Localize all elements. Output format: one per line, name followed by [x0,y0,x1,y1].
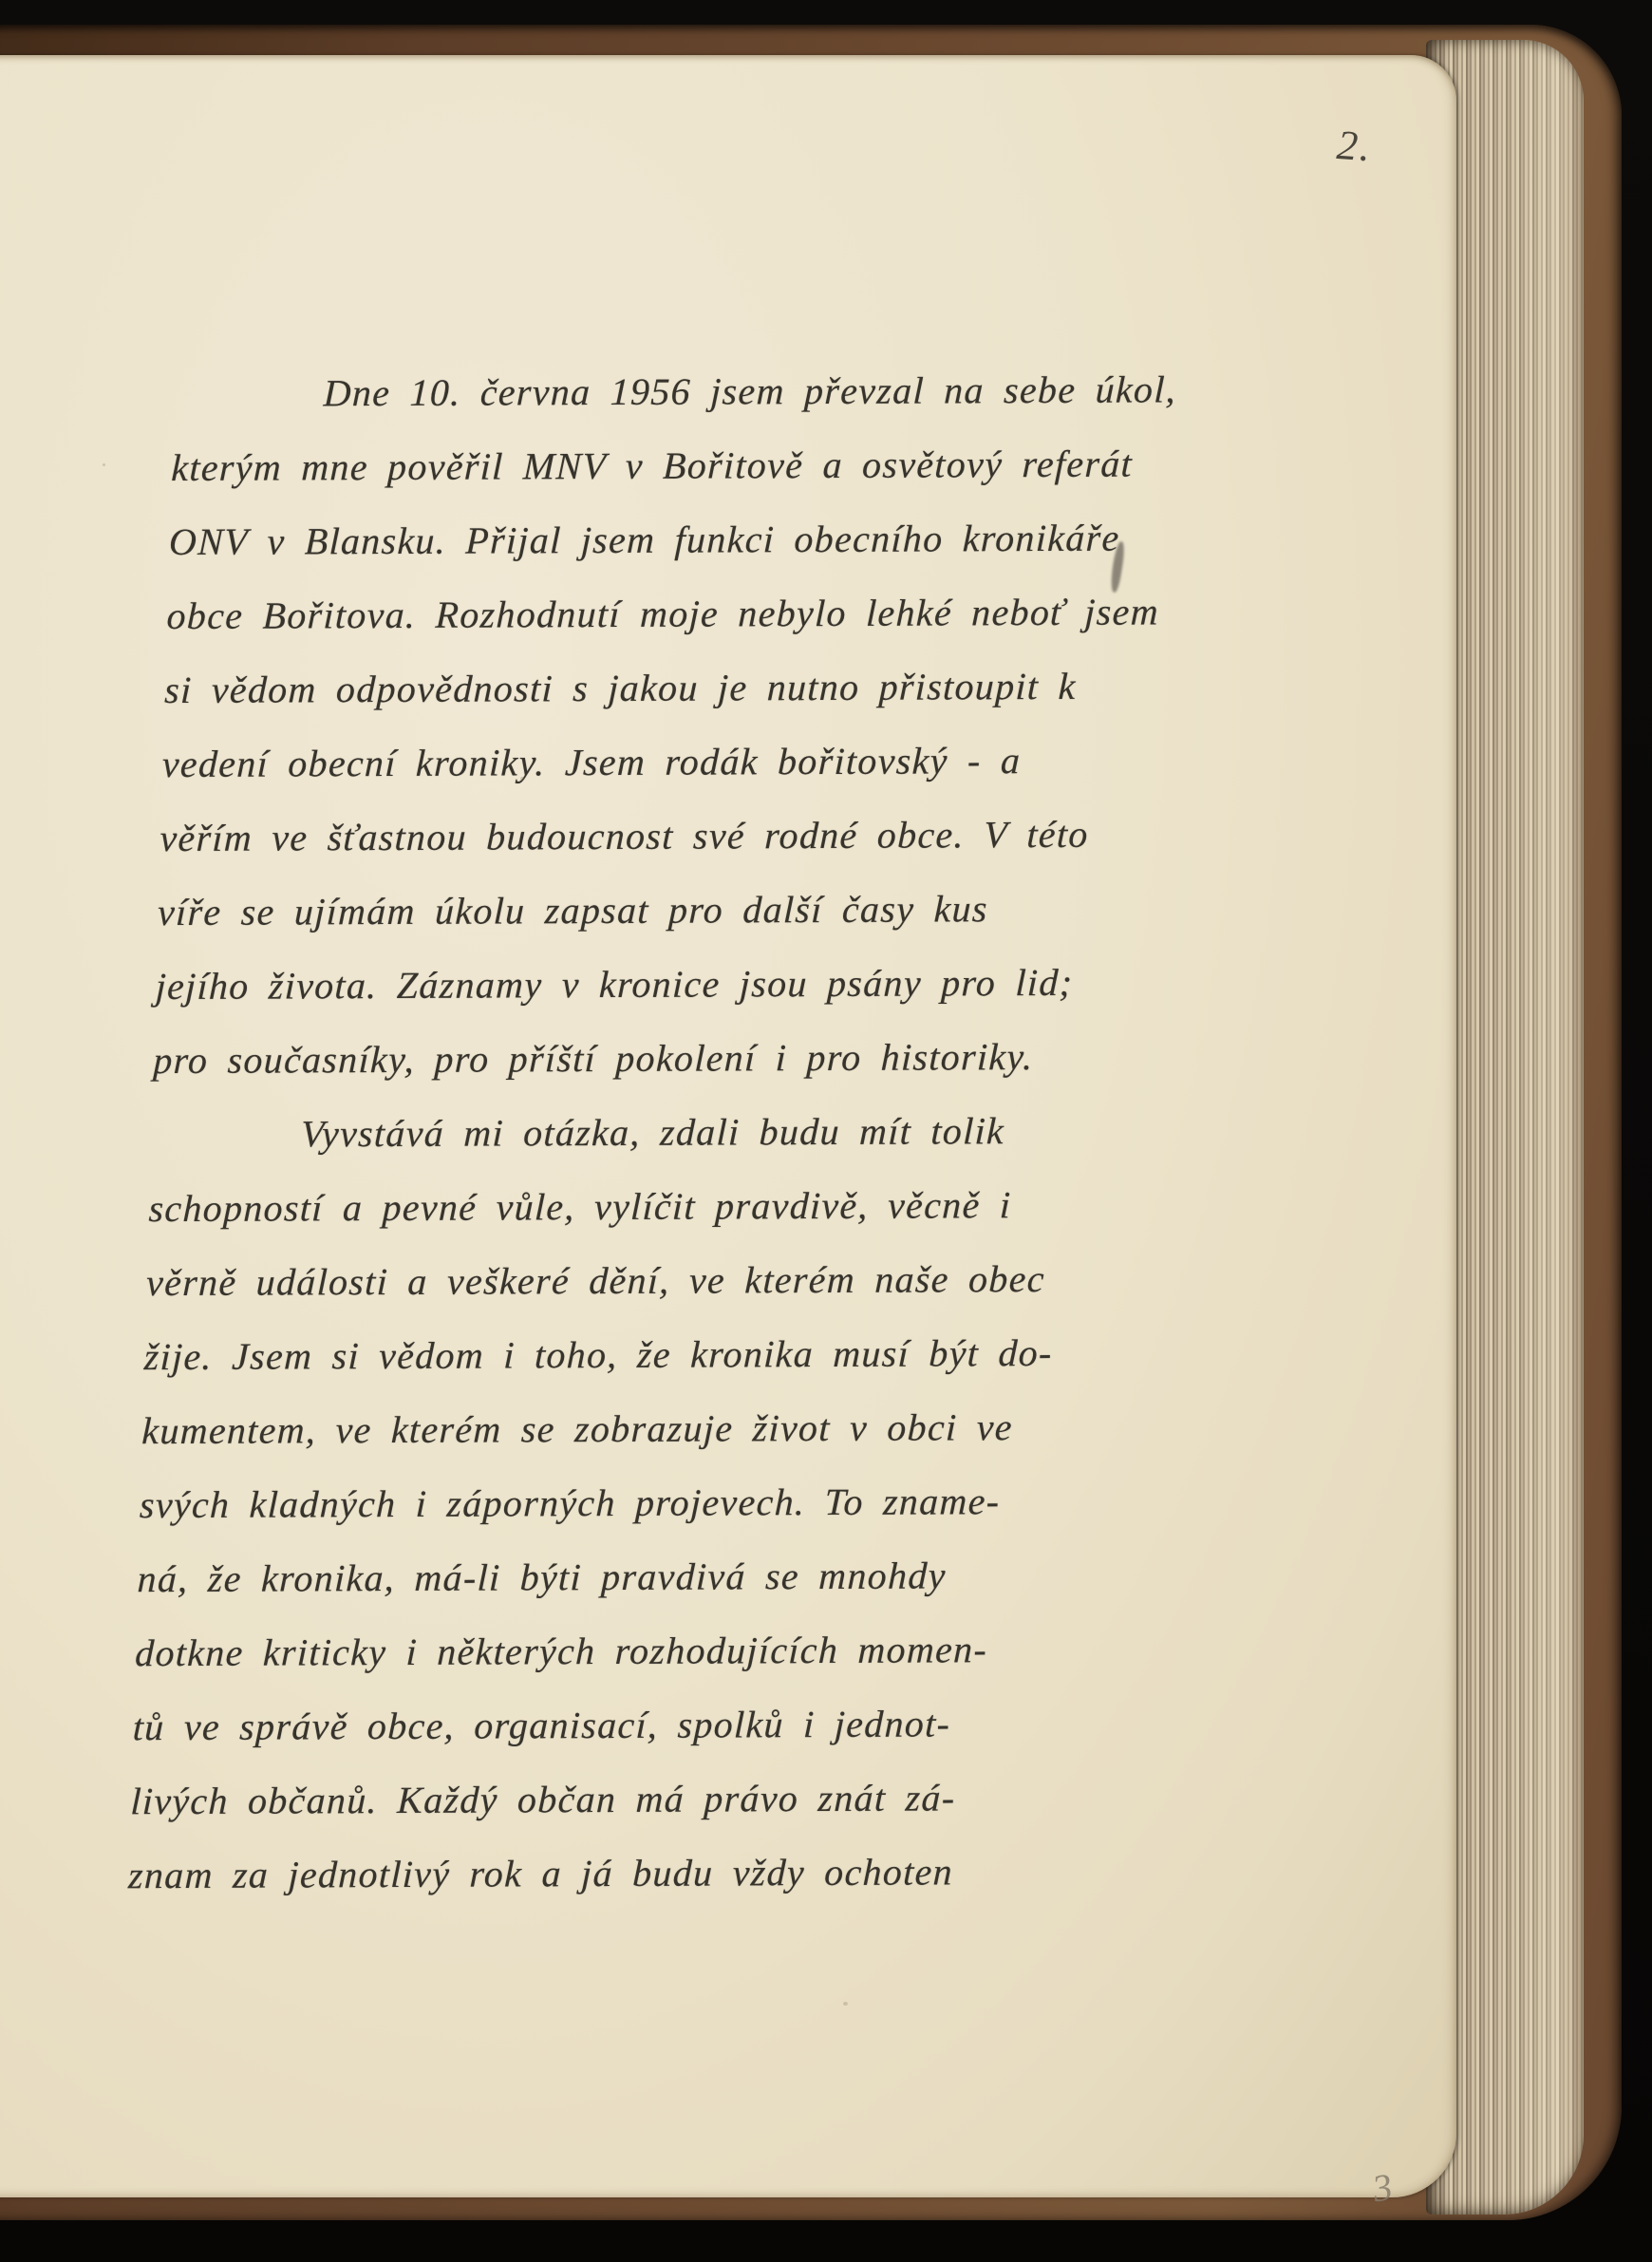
text-line: obce Bořitova. Rozhodnutí moje nebylo le… [165,575,1177,653]
text-line: pro současníky, pro příští pokolení i pr… [152,1019,1164,1098]
text-line: kumentem, ve kterém se zobrazuje život v… [141,1390,1153,1469]
text-line: Dne 10. června 1956 jsem převzal na sebe… [173,352,1185,431]
paper-fleck [843,2002,848,2006]
text-line: víře se ujímám úkolu zapsat pro další ča… [157,871,1169,950]
text-line: věrně události a veškeré dění, ve kterém… [145,1241,1157,1320]
paper-fleck [520,777,524,781]
text-line: dotkne kriticky i některých rozhodujícíc… [134,1612,1146,1691]
text-line: vedení obecní kroniky. Jsem rodák bořito… [161,723,1173,801]
book-photograph: 2. Dne 10. června 1956 jsem převzal na s… [0,0,1652,2262]
text-line: Vyvstává mi otázka, zdali budu mít tolik [150,1093,1162,1172]
text-line: kterým mne pověřil MNV v Bořitově a osvě… [170,426,1182,505]
text-line: si vědom odpovědnosti s jakou je nutno p… [163,649,1175,727]
text-line: svých kladných i záporných projevech. To… [139,1464,1151,1543]
handwritten-text-block: Dne 10. června 1956 jsem převzal na sebe… [127,352,1185,1913]
text-line: ná, že kronika, má-li býti pravdivá se m… [136,1538,1148,1617]
text-line: tů ve správě obce, organisací, spolků i … [132,1687,1144,1765]
text-line: věřím ve šťastnou budoucnost své rodné o… [159,797,1171,876]
text-line: znam za jednotlivý rok a já budu vždy oc… [127,1835,1139,1913]
text-line: livých občanů. Každý občan má právo znát… [129,1761,1141,1839]
paper-fleck [349,1499,352,1501]
text-line: jejího života. Záznamy v kronice jsou ps… [155,945,1167,1024]
page-number: 2. [1335,123,1423,174]
paper-fleck [103,463,105,466]
text-line: schopností a pevné vůle, vylíčit pravdiv… [147,1167,1159,1246]
text-line: žije. Jsem si vědom i toho, že kronika m… [143,1316,1155,1395]
chronicle-page: 2. Dne 10. června 1956 jsem převzal na s… [0,55,1456,2197]
text-line: ONV v Blansku. Přijal jsem funkci obecní… [168,500,1180,579]
